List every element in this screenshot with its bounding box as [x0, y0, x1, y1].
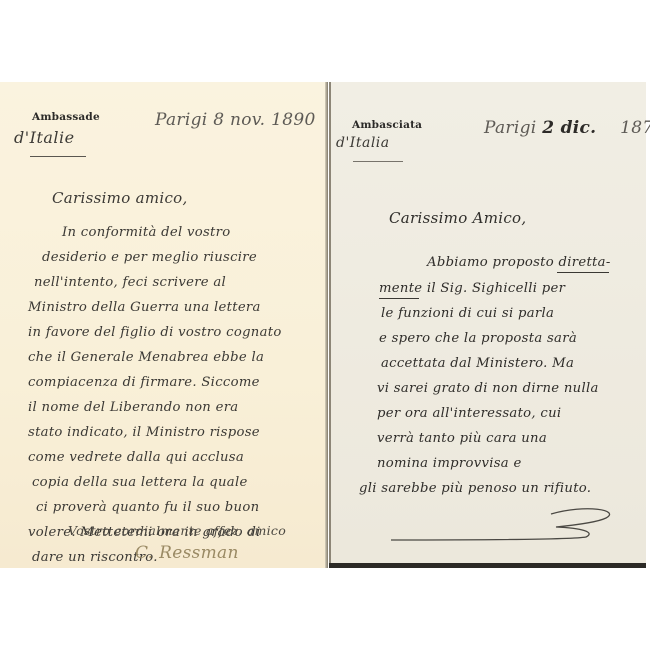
- body-line: ci proverà quanto fu il suo buon: [36, 500, 259, 515]
- letterhead-rule: [30, 156, 86, 157]
- body-line: copia della sua lettera la quale: [32, 475, 248, 490]
- body-line: Ministro della Guerra una lettera: [28, 300, 261, 315]
- letter-date: Parigi 2 dic. 1877.: [484, 118, 650, 138]
- body-line: le funzioni di cui si parla: [381, 306, 554, 321]
- signature: C. Ressman: [135, 543, 239, 563]
- page-bottom-shadow: [329, 563, 646, 568]
- body-line: come vedrete dalla qui acclusa: [28, 450, 244, 465]
- letterhead-rule: [353, 161, 403, 162]
- letterhead-line2: d'Italia: [336, 135, 390, 151]
- body-line: Abbiamo proposto diretta-: [427, 255, 611, 270]
- signature-flourish-icon: [381, 502, 631, 542]
- salutation: Carissimo Amico,: [389, 209, 526, 227]
- body-line: nomina improvvisa e: [377, 456, 522, 471]
- letter-right-page: Ambasciata d'Italia Parigi 2 dic. 1877. …: [329, 82, 646, 564]
- letterhead-line2: d'Italie: [14, 128, 75, 147]
- letterhead-line1: Ambassade: [32, 111, 100, 123]
- body-line: In conformità del vostro: [62, 225, 230, 240]
- closing: Vostro cordialmente affez. amico: [68, 523, 286, 538]
- body-line: stato indicato, il Ministro rispose: [28, 425, 260, 440]
- body-line: mente il Sig. Sighicelli per: [379, 281, 565, 296]
- body-line: desiderio e per meglio riuscire: [42, 250, 257, 265]
- page-edge-shadow: [325, 82, 328, 568]
- date-day: 2 dic.: [542, 118, 596, 138]
- salutation: Carissimo amico,: [52, 189, 188, 207]
- letter-left-page: Ambassade d'Italie Parigi 8 nov. 1890 Ca…: [0, 82, 328, 568]
- body-line: per ora all'interessato, cui: [377, 406, 561, 421]
- body-line: compiacenza di firmare. Siccome: [28, 375, 260, 390]
- date-place: Parigi: [484, 118, 537, 138]
- body-line: e spero che la proposta sarà: [379, 331, 577, 346]
- letter-date: Parigi 8 nov. 1890: [155, 110, 316, 130]
- date-year: 1877.: [620, 118, 650, 138]
- body-line: che il Generale Menabrea ebbe la: [28, 350, 264, 365]
- body-line: il nome del Liberando non era: [28, 400, 238, 415]
- body-line: vi sarei grato di non dirne nulla: [377, 381, 599, 396]
- body-line: verrà tanto più cara una: [377, 431, 547, 446]
- body-line: in favore del figlio di vostro cognato: [28, 325, 282, 340]
- body-line: nell'intento, feci scrivere al: [34, 275, 226, 290]
- underline-mark: [379, 298, 419, 299]
- underline-mark: [557, 272, 609, 273]
- body-line: accettata dal Ministero. Ma: [381, 356, 574, 371]
- body-line: gli sarebbe più penoso un rifiuto.: [359, 481, 591, 496]
- letterhead-line1: Ambasciata: [352, 119, 422, 131]
